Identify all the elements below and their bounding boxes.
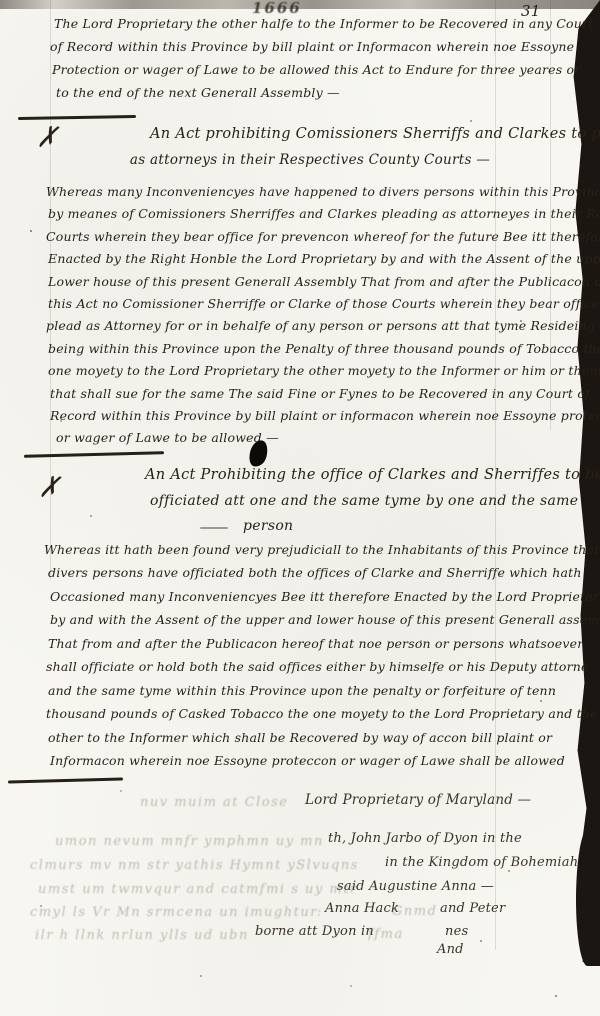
act1-heading-line: as attorneys in their Respectives County… [110,152,510,168]
faded-text-fragment: ffma [368,927,438,942]
faded-text-fragment: nuv muim at Close [140,795,320,810]
faded-text-fragment: clmurs mv nm str yathis Hymnt ySlvuqns [30,858,380,873]
act2-body-line: and the same tyme within this Province u… [48,683,556,698]
manuscript-line: to the end of the next Generall Assembly… [56,85,340,100]
manuscript-line: The Lord Proprietary the other halfe to … [54,16,593,31]
scan-right-edge-bulge [576,828,600,966]
manuscript-page: 1666 31 The Lord Proprietary the other h… [0,0,600,1016]
act1-body-line: Record within this Province by bill plai… [50,408,600,423]
denization-line: borne att Dyon in [255,924,374,939]
act2-heading-line: An Act Prohibiting the office of Clarkes… [145,467,575,483]
act2-heading-line: person [243,518,293,534]
act1-body-line: one moyety to the Lord Proprietary the o… [48,363,600,378]
denization-line: and Peter [440,901,505,916]
denization-line: in the Kingdom of Bohemiah [385,855,578,870]
act1-body-line: Whereas many Inconveniencyes have happen… [46,184,600,199]
faded-text-fragment: umon nevum mnfr ymphmn uy mnn my nevmth [55,834,325,849]
act1-body-line: Courts wherein they bear office for prev… [46,229,600,244]
margin-x-mark: ✗ [35,119,59,158]
act2-body-line: divers persons have officiated both the … [48,565,582,580]
margin-x-mark: ✗ [37,469,61,508]
act2-body-line: by and with the Assent of the upper and … [50,612,600,627]
manuscript-line: of Record within this Province by bill p… [50,39,574,54]
act1-body-line: or wager of Lawe to be allowed — [56,430,279,445]
act2-body-line: Occasioned many Inconveniencyes Bee itt … [50,589,600,604]
manuscript-line: Protection or wager of Lawe to be allowe… [52,62,580,77]
act2-body-line: shall officiate or hold both the said of… [46,659,589,674]
section-divider [18,115,136,120]
act1-body-line: this Act no Comissioner Sherriffe or Cla… [48,296,600,311]
act1-body-line: plead as Attorney for or in behalfe of a… [46,318,600,333]
act2-heading-line: officiated att one and the same tyme by … [150,493,570,509]
denization-line: said Augustine Anna — [337,879,494,894]
denization-line: Anna Hack [325,901,399,916]
act1-body-line: that shall sue for the same The said Fin… [50,386,590,401]
faded-text-fragment: cmyl ls Vr Mn srmcena un imughturs [30,905,320,920]
act1-body-line: being within this Province upon the Pena… [48,341,600,356]
act2-body-line: Informacon wherein noe Essoyne proteccon… [50,753,565,768]
faded-text-fragment: ilr h llnk nrlun ylls ud ubn Ku [35,928,250,943]
act1-body-line: Enacted by the Right Honble the Lord Pro… [48,251,600,266]
act2-body-line: Whereas itt hath been found very prejudi… [44,542,599,557]
denization-line: th, John Jarbo of Dyon in the [328,831,522,846]
act1-body-line: by meanes of Comissioners Sherriffes and… [48,206,600,221]
section-divider [24,451,164,458]
catchword: And [437,942,464,957]
paper-specks [0,0,2,2]
faded-text-fragment: Gnmd [392,904,436,919]
heading-dash [200,527,228,529]
act1-heading-line: An Act prohibiting Comissioners Sherriff… [150,126,590,142]
act1-body-line: Lower house of this present Generall Ass… [48,274,600,289]
faded-text-fragment: umst um twmvqur and catmfmi s uy mtr [38,882,368,897]
denization-heading: Lord Proprietary of Maryland — [305,792,531,808]
denization-line: nes [445,924,468,939]
act2-body-line: other to the Informer which shall be Rec… [48,730,552,745]
act2-body-line: thousand pounds of Casked Tobacco the on… [46,706,598,721]
year-stamp: 1666 [252,0,302,17]
act2-body-line: That from and after the Publicacon hereo… [48,636,583,651]
section-divider [8,777,123,783]
